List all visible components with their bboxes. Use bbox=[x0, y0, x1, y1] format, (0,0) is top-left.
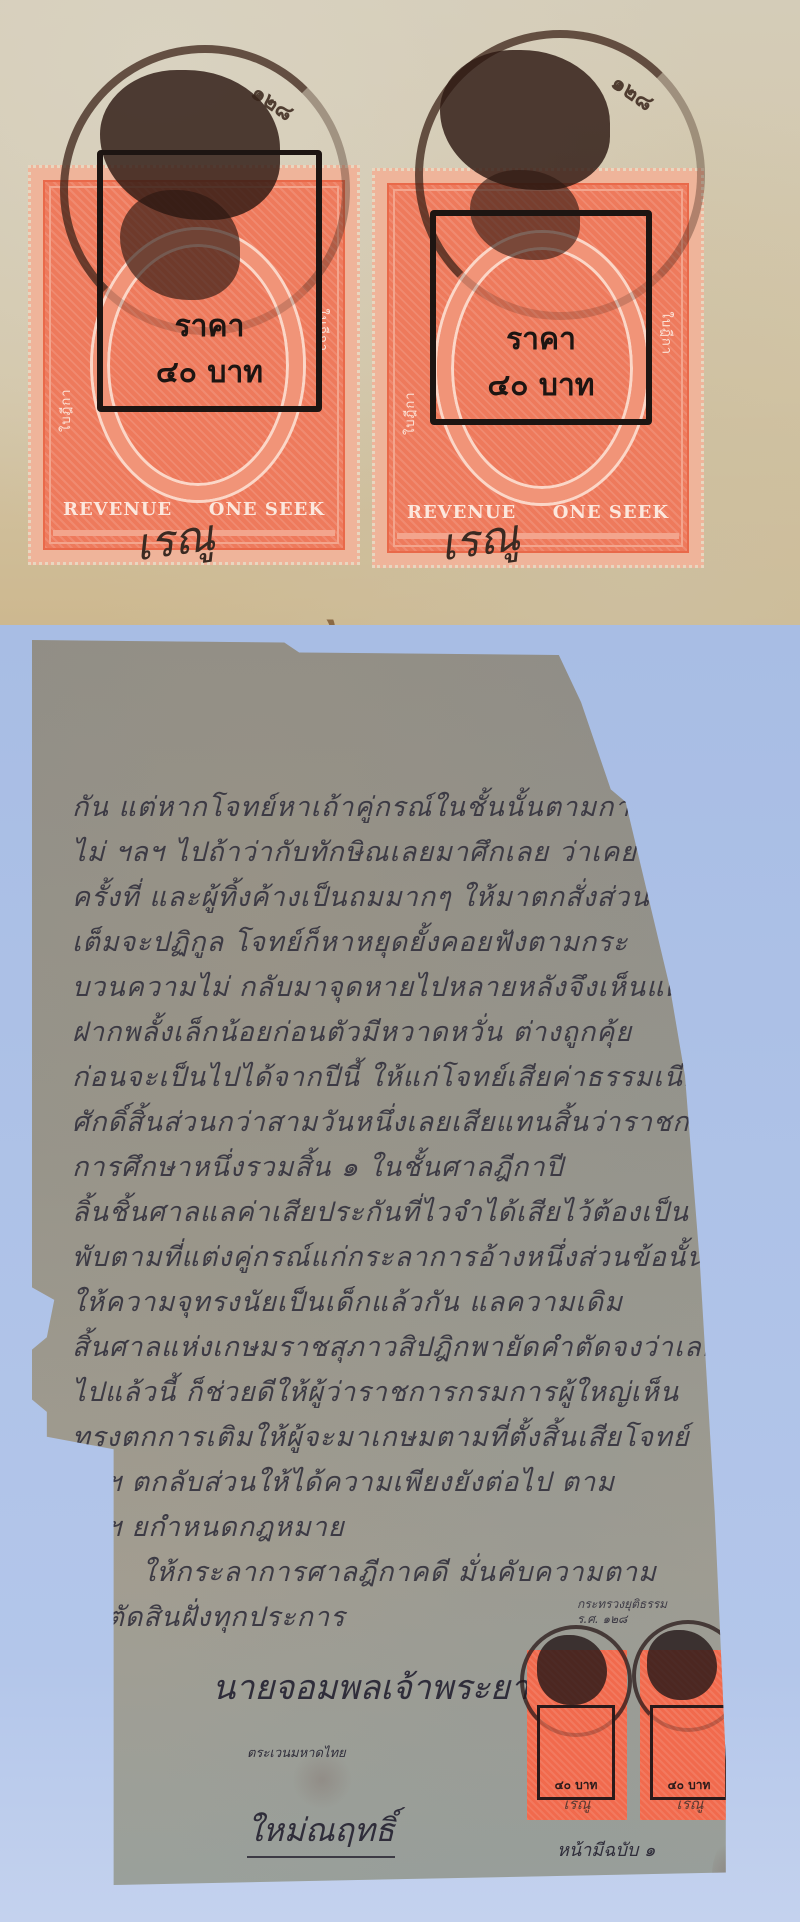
document-line: ลิ้นชิ้นศาลแลค่าเสียประกันที่ไวจำได้เสีย… bbox=[72, 1190, 689, 1233]
document-line: ครั้งที่ และผู้ทิ้งค้างเป็นถมมากๆ ให้มาต… bbox=[72, 875, 700, 918]
document-line: ฯลฯ ยกำหนดกฎหมาย bbox=[72, 1505, 345, 1548]
document-line: ให้กระลาการศาลฎีกาคดี มั่นคับความตาม bbox=[142, 1550, 657, 1593]
document-line: เต็มจะปฏิกูล โจทย์ก็หาหยุดยั้งคอยฟังตามก… bbox=[72, 920, 628, 963]
document-line: คำตัดสินฝั่งทุกประการ bbox=[72, 1595, 346, 1638]
handwritten-document: กัน แต่หากโจทย์หาเถ้าคู่กรณ์ในชั้นนั้นตา… bbox=[32, 640, 774, 1885]
document-line: พับตามที่แต่งคู่กรณ์แก่กระลาการอ้างหนึ่ง… bbox=[72, 1235, 706, 1278]
document-line: ให้ความจุทรงนัยเป็นเด็กแล้วกัน แลความเดิ… bbox=[72, 1280, 623, 1323]
ink-smudge bbox=[292, 1750, 352, 1810]
document-line: สิ้นศาลแห่งเกษมราชสุภาวสิปฎิกพายัดคำตัดจ… bbox=[72, 1325, 719, 1368]
pen-cancel-left: เรณู bbox=[131, 500, 219, 580]
overprint-label: ราคา bbox=[103, 303, 316, 350]
stamps-closeup-photo: ใบฎีกา ใบฎีกา REVENUE ONE SEEK ใบฎีกา ใบ… bbox=[0, 0, 800, 625]
document-line: กัน แต่หากโจทย์หาเถ้าคู่กรณ์ในชั้นนั้นตา… bbox=[72, 785, 717, 828]
mini-pen-cancel: เรณู bbox=[640, 1792, 740, 1816]
document-line: ฯลฯ ตกลับส่วนให้ได้ความเพียงยังต่อไป ตาม bbox=[72, 1460, 615, 1503]
overprint-price: ๔๐ บาท bbox=[436, 362, 646, 409]
overprint-label: ราคา bbox=[436, 316, 646, 363]
document-line: ศักดิ์สิ้นส่วนกว่าสามวันหนึ่งเลยเสียแทนส… bbox=[72, 1100, 775, 1143]
document-line: ไปแล้วนี้ ก็ช่วยดีให้ผู้ว่าราชการกรมการผ… bbox=[72, 1370, 679, 1413]
pen-mark-below-stamps: ๑๖ bbox=[282, 590, 353, 625]
overprint-price: ๔๐ บาท bbox=[103, 349, 316, 396]
mini-postmark-blot bbox=[647, 1630, 717, 1700]
mini-postmark-blot bbox=[537, 1635, 607, 1705]
ink-smudge bbox=[712, 1835, 762, 1915]
stamp-side-label-left: ใบฎีกา bbox=[399, 392, 420, 436]
stamp-side-label-right: ใบฎีกา bbox=[656, 312, 677, 356]
pen-cancel-right: เรณู bbox=[436, 500, 524, 580]
document-line: การศึกษาหนึ่งรวมสิ้น ๑ ในชั้นศาลฎีกาปี bbox=[72, 1145, 564, 1188]
page-note: หน้ามีฉบับ ๑ bbox=[557, 1835, 655, 1864]
document-line: ก่อนจะเป็นไปได้จากปีนี้ ให้แก่โจทย์เสียค… bbox=[72, 1055, 719, 1098]
document-line: บวนความไม่ กลับมาจุดหายไปหลายหลังจึงเห็น… bbox=[72, 965, 683, 1008]
mini-pen-cancel: เรณู bbox=[527, 1792, 627, 1816]
document-line: ไม่ ฯลฯ ไปถ้าว่ากับทักษิณเลยมาศึกเลย ว่า… bbox=[72, 830, 727, 873]
ribbon-value-text: ONE SEEK bbox=[553, 502, 669, 523]
signature-secondary: ใหม่ณฤทธิ์ bbox=[247, 1805, 395, 1858]
signature-primary: นายจอมพลเจ้าพระยา bbox=[212, 1660, 529, 1714]
document-line: ฝากพลั้งเล็กน้อยก่อนตัวมีหวาดหวั่น ต่างถ… bbox=[72, 1010, 632, 1053]
ribbon-value-text: ONE SEEK bbox=[209, 499, 325, 520]
overprint-box-left: ราคา ๔๐ บาท bbox=[97, 150, 322, 412]
document-photo: กัน แต่หากโจทย์หาเถ้าคู่กรณ์ในชั้นนั้นตา… bbox=[0, 625, 800, 1922]
document-line: ทรงตกการเติมให้ผู้จะมาเกษมตามที่ตั้งสิ้น… bbox=[72, 1415, 690, 1458]
stamp-side-label-left: ใบฎีกา bbox=[55, 389, 76, 433]
overprint-box-right: ราคา ๔๐ บาท bbox=[430, 210, 652, 425]
